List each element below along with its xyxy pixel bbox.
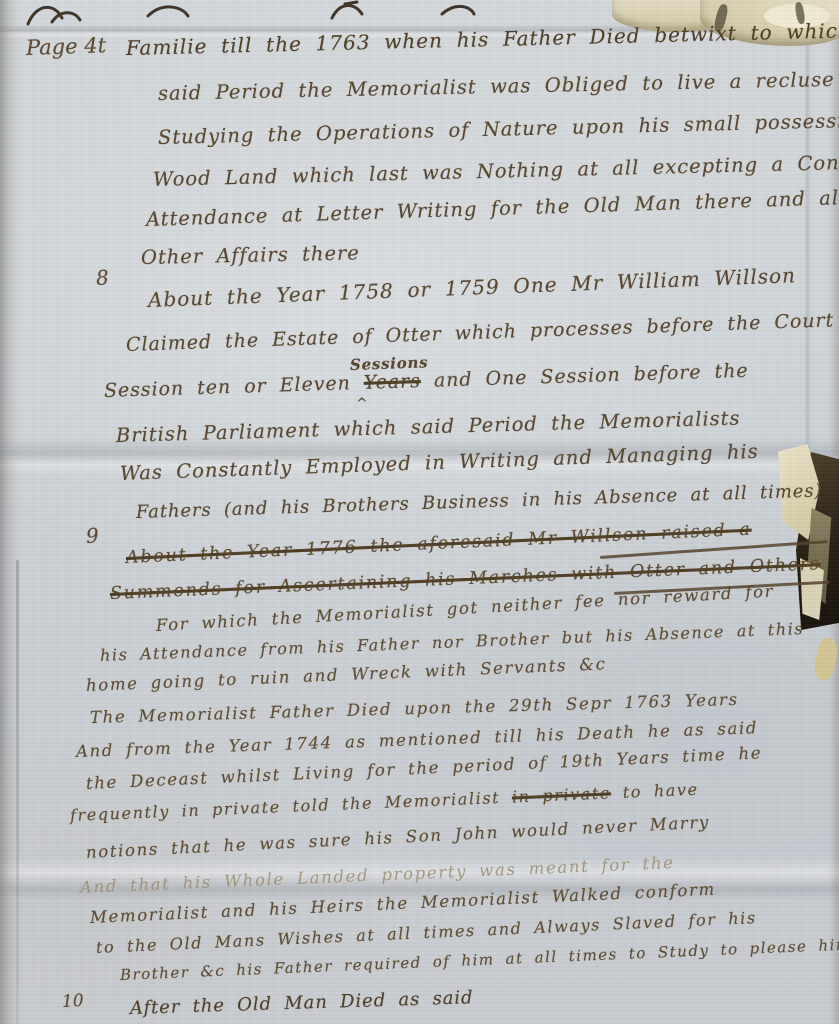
manuscript-line: After the Old Man Died as said: [130, 987, 474, 1019]
torn-paper-fragment: [813, 637, 839, 682]
paragraph-number-9: 9: [85, 523, 99, 548]
paragraph-number-10: 10: [61, 991, 84, 1012]
page-label: Page 4t: [26, 33, 107, 60]
manuscript-line: Studying the Operations of Nature upon h…: [158, 107, 839, 149]
manuscript-photo: Page 4t 8 9 10 Familie till the 1763 whe…: [0, 0, 839, 1024]
manuscript-line: About the Year 1758 or 1759 One Mr Willi…: [148, 263, 797, 312]
manuscript-line: British Parliament which said Period the…: [116, 407, 741, 447]
line-segment: frequently in private told the Memoriali…: [70, 787, 513, 825]
line-segment: to have: [611, 780, 699, 803]
paragraph-number-8: 8: [95, 265, 109, 290]
paper-edge-left: [0, 0, 20, 1024]
line-segment: Session ten or Eleven: [104, 372, 365, 402]
manuscript-line: Claimed the Estate of Otter which proces…: [126, 308, 839, 356]
line-segment: and One Session before the: [420, 360, 748, 392]
struck-words: in private: [512, 783, 612, 806]
manuscript-line: Fathers (and his Brothers Business in hi…: [136, 480, 823, 523]
caret-mark: ^: [356, 396, 368, 412]
manuscript-line: said Period the Memorialist was Obliged …: [158, 67, 839, 105]
struck-word: Years: [363, 370, 421, 394]
manuscript-line: Other Affairs there: [141, 241, 360, 269]
inserted-word: Sessions: [350, 353, 429, 374]
manuscript-line: Was Constantly Employed in Writing and M…: [120, 440, 759, 485]
paper-edge-left-line: [16, 560, 19, 1024]
manuscript-line: Attendance at Letter Writing for the Old…: [146, 184, 839, 231]
manuscript-line: Wood Land which last was Nothing at all …: [153, 150, 839, 191]
